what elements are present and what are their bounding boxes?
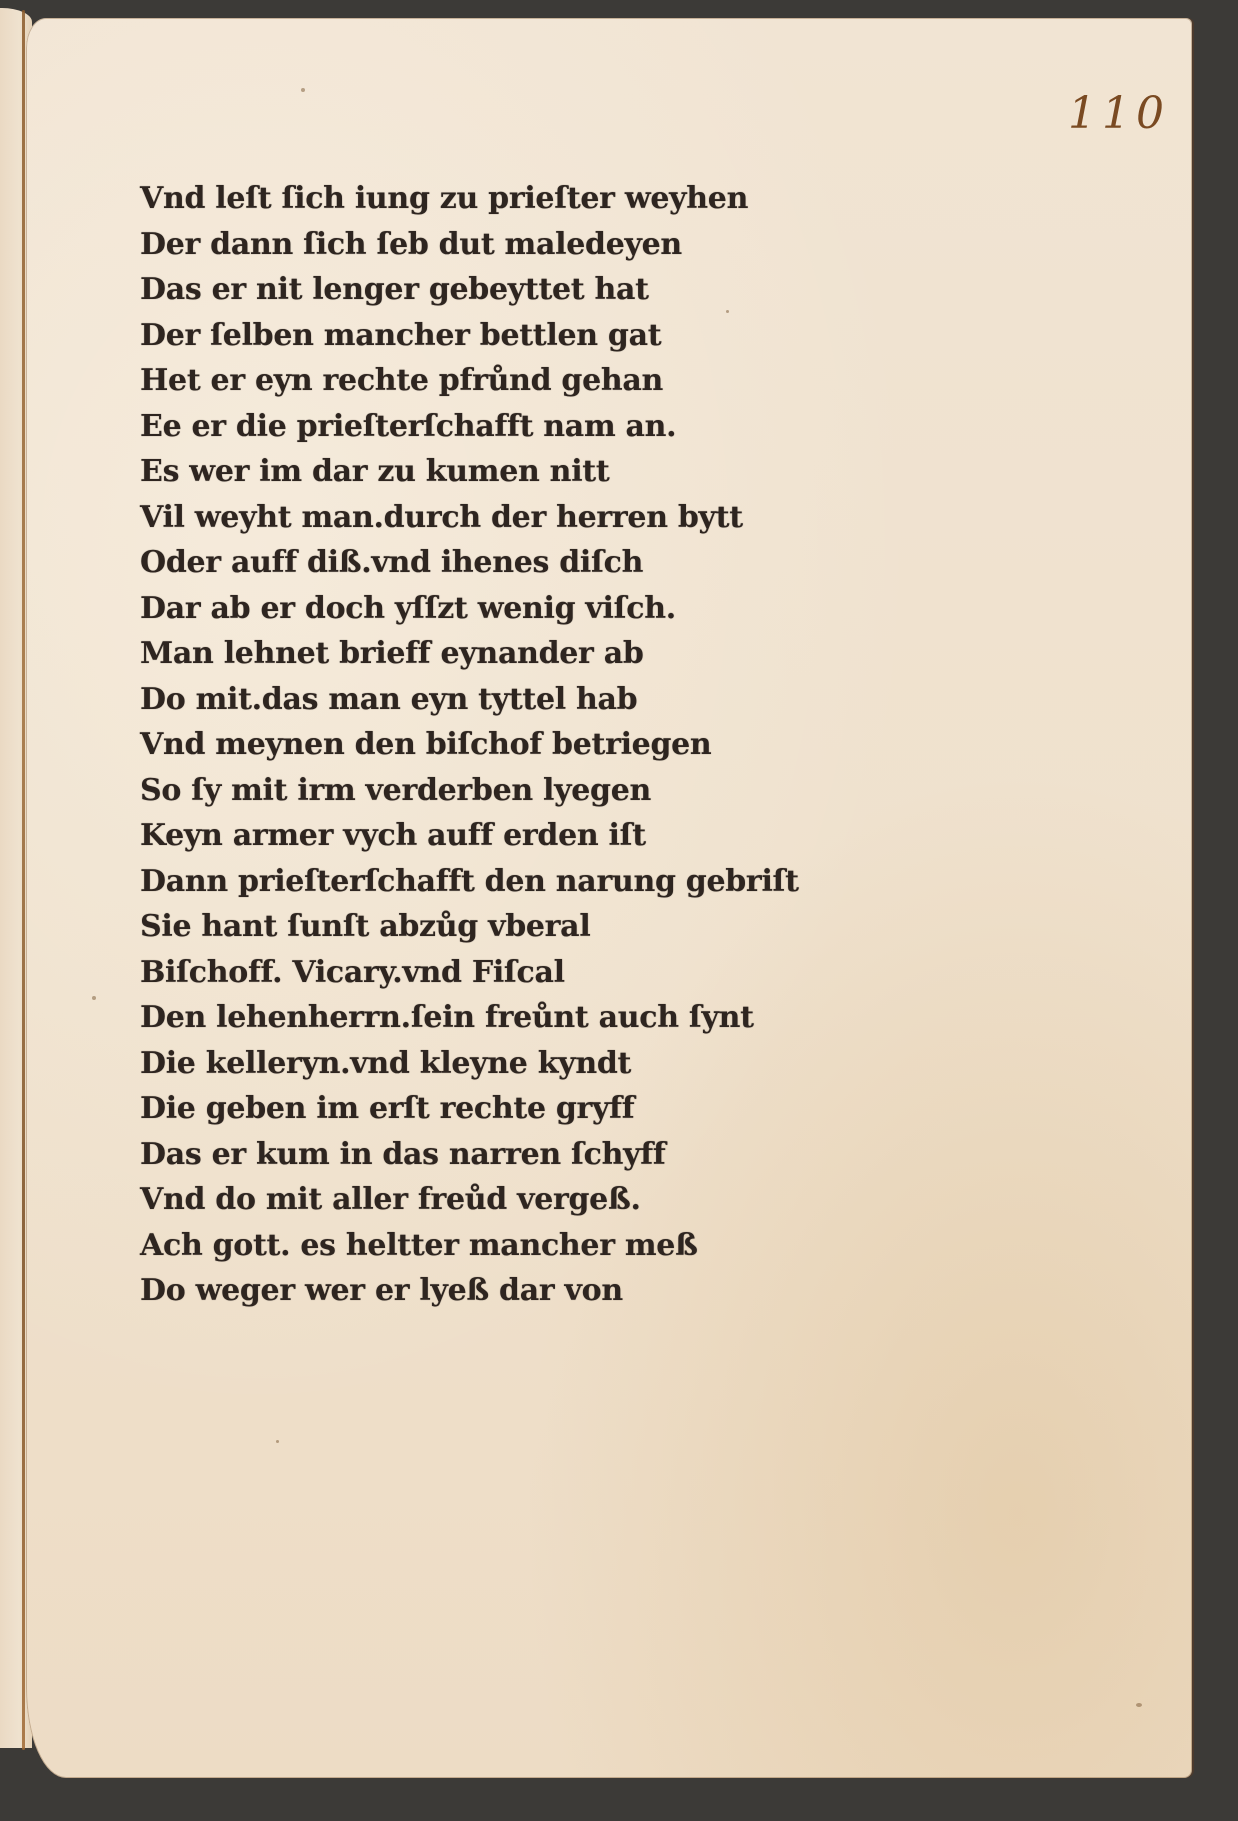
paper-speck <box>276 1440 279 1443</box>
verse-line: Die geben im erſt rechte gryff <box>140 1086 799 1132</box>
paper-speck <box>1136 1703 1142 1707</box>
verse-line: Het er eyn rechte pfrůnd gehan <box>140 358 799 404</box>
verse-line: Vnd meynen den biſchof betriegen <box>140 722 799 768</box>
verse-line: Ach gott. es heltter mancher meß <box>140 1223 799 1269</box>
verse-line: Man lehnet brieff eynander ab <box>140 631 799 677</box>
verse-line: Den lehenherrn.ſein freůnt auch ſynt <box>140 995 799 1041</box>
verse-line: Dar ab er doch yſſzt wenig viſch. <box>140 586 799 632</box>
paper-speck <box>301 88 305 92</box>
verse-line: Die kelleryn.vnd kleyne kyndt <box>140 1041 799 1087</box>
verse-line: Vil weyht man.durch der herren bytt <box>140 495 799 541</box>
verse-line: Vnd leſt ſich iung zu prieſter weyhen <box>140 176 799 222</box>
verse-line: Es wer im dar zu kumen nitt <box>140 449 799 495</box>
verse-line: Das er nit lenger gebeyttet hat <box>140 267 799 313</box>
verse-line: Do weger wer er lyeß dar von <box>140 1268 799 1314</box>
verse-line: Oder auff diß.vnd ihenes diſch <box>140 540 799 586</box>
verse-line: Do mit.das man eyn tyttel hab <box>140 677 799 723</box>
verse-line: Ee er die prieſterſchafft nam an. <box>140 404 799 450</box>
verse-line: Das er kum in das narren ſchyff <box>140 1132 799 1178</box>
verse-line: Dann prieſterſchafft den narung gebriſt <box>140 859 799 905</box>
folio-number: 110 <box>1068 92 1170 136</box>
binding-gutter <box>22 10 25 1750</box>
verse-line: So ſy mit irm verderben lyegen <box>140 768 799 814</box>
verse-text-block: Vnd leſt ſich iung zu prieſter weyhen De… <box>140 176 799 1314</box>
paper-speck <box>92 996 96 1000</box>
verse-line: Der dann ſich ſeb dut maledeyen <box>140 222 799 268</box>
verse-line: Vnd do mit aller freůd vergeß. <box>140 1177 799 1223</box>
verse-line: Sie hant ſunſt abzůg vberal <box>140 904 799 950</box>
verse-line: Biſchoff. Vicary.vnd Fiſcal <box>140 950 799 996</box>
verse-line: Keyn armer vych auff erden iſt <box>140 813 799 859</box>
verse-line: Der ſelben mancher bettlen gat <box>140 313 799 359</box>
